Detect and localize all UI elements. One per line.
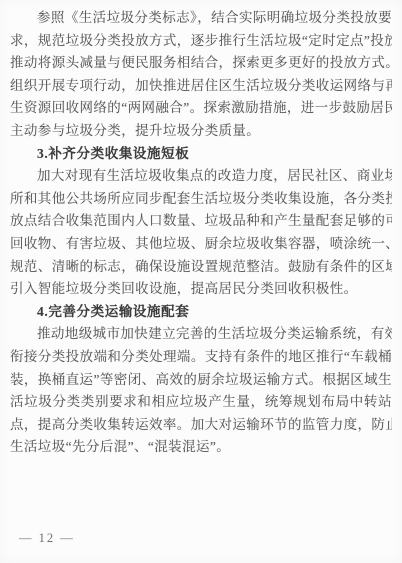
text-line: 引入智能垃圾分类回收设施，提高居民分类回收积极性。 (10, 278, 392, 301)
text-line: 所和其他公共场所应同步配套生活垃圾分类收集设施，各分类投 (10, 188, 392, 211)
text-line: 回收物、有害垃圾、其他垃圾、厨余垃圾收集容器，喷涂统一、 (10, 233, 392, 256)
text-line: 点，提高分类收集转运效率。加大对运输环节的监管力度，防止 (10, 414, 392, 437)
text-line: 生活垃圾“先分后混”、“混装混运”。 (10, 436, 392, 459)
text-line: 规范、清晰的标志，确保设施设置规范整洁。鼓励有条件的区域 (10, 256, 392, 279)
text-line: 推动地级城市加快建立完善的生活垃圾分类运输系统，有效 (10, 323, 392, 346)
text-line: 参照《生活垃圾分类标志》，结合实际明确垃圾分类投放要 (10, 7, 392, 30)
text-line: 求，规范垃圾分类投放方式，逐步推行生活垃圾“定时定点”投放。 (10, 30, 392, 53)
text-line: 放点结合收集范围内人口数量、垃圾品种和产生量配套足够的可 (10, 210, 392, 233)
text-line: 推动将源头减量与便民服务相结合，探索更多更好的投放方式。 (10, 52, 392, 75)
text-line: 主动参与垃圾分类，提升垃圾分类质量。 (10, 120, 392, 143)
text-line: 生资源回收网络的“两网融合”。探索激励措施，进一步鼓励居民 (10, 97, 392, 120)
text-line: 装，换桶直运”等密闭、高效的厨余垃圾运输方式。根据区域生 (10, 369, 392, 392)
page-number: — 12 — (19, 531, 75, 546)
document-page: 参照《生活垃圾分类标志》，结合实际明确垃圾分类投放要求，规范垃圾分类投放方式，逐… (0, 0, 402, 563)
text-line: 活垃圾分类类别要求和相应垃圾产生量，统筹规划布局中转站 (10, 391, 392, 414)
text-line: 加大对现有生活垃圾收集点的改造力度，居民社区、商业场 (10, 165, 392, 188)
section-heading: 4.完善分类运输设施配套 (10, 301, 392, 324)
text-line: 组织开展专项行动，加快推进居住区生活垃圾分类收运网络与再 (10, 75, 392, 98)
text-line: 衔接分类投放端和分类处理端。支持有条件的地区推行“车载桶 (10, 346, 392, 369)
section-heading: 3.补齐分类收集设施短板 (10, 143, 392, 166)
document-content: 参照《生活垃圾分类标志》，结合实际明确垃圾分类投放要求，规范垃圾分类投放方式，逐… (10, 7, 392, 459)
